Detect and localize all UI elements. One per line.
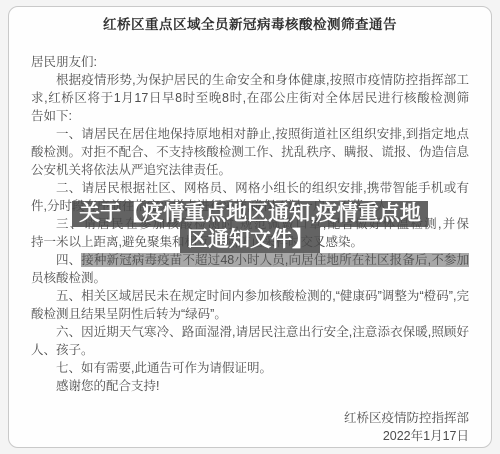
watermark-line-2: 区通知文件】	[9, 227, 491, 253]
notice-line: 七、如有需要,此通告可作为请假证明。	[31, 359, 469, 377]
watermark-line-1: 关于【疫情重点地区通知,疫情重点地	[9, 201, 491, 227]
notice-title: 红桥区重点区域全员新冠病毒核酸检测筛查通告	[31, 15, 469, 35]
notice-line: 求,红桥区将于1月17日早8时至晚8时,在邵公庄街对全体居民进行核酸检测筛查。现…	[31, 89, 469, 107]
signature-date: 2022年1月17日	[31, 427, 469, 445]
notice-line: 二、请居民根据社区、网格员、网格小组长的组织安排,携带智能手机或有效身份证	[31, 179, 469, 197]
notice-line: 员核酸检测。	[31, 269, 469, 287]
notice-line: 居民朋友们:	[31, 53, 469, 71]
notice-line: 五、相关区域居民未在规定时间内参加核酸检测的,“健康码”调整为“橙码”,完成核	[31, 287, 469, 305]
notice-line: 感谢您的配合支持!	[31, 377, 469, 395]
notice-signature: 红桥区疫情防控指挥部 2022年1月17日	[31, 409, 469, 445]
notice-line: 告如下:	[31, 107, 469, 125]
notice-line: 酸检测。对拒不配合、不支持核酸检测工作、扰乱秩序、瞒报、谎报、伪造信息的人员,	[31, 143, 469, 161]
highlighted-text: 接种新冠病毒疫苗不超过48小时人员,向居住地所在社区报备后,不参加本次全	[31, 253, 469, 269]
notice-line: 六、因近期天气寒冷、路面湿滑,请居民注意出行安全,注意添衣保暖,照顾好老	[31, 323, 469, 341]
notice-text: 四、	[56, 253, 81, 267]
watermark-overlay: 关于【疫情重点地区通知,疫情重点地 区通知文件】	[9, 201, 491, 253]
notice-line: 根据疫情形势,为保护居民的生命安全和身体健康,按照市疫情防控指挥部工作要	[31, 71, 469, 89]
notice-line: 人、孩子。	[31, 341, 469, 359]
notice-line: 公安机关将依法从严追究法律责任。	[31, 161, 469, 179]
notice-line: 四、接种新冠病毒疫苗不超过48小时人员,向居住地所在社区报备后,不参加本次全	[31, 251, 469, 269]
notice-card: 红桥区重点区域全员新冠病毒核酸检测筛查通告 居民朋友们:根据疫情形势,为保护居民…	[8, 6, 492, 448]
signature-org: 红桥区疫情防控指挥部	[31, 409, 469, 427]
notice-line: 一、请居民在居住地保持原地相对静止,按照街道社区组织安排,到指定地点进行核	[31, 125, 469, 143]
notice-line: 酸检测且结果呈阴性后转为“绿码”。	[31, 305, 469, 323]
screenshot-page: 红桥区重点区域全员新冠病毒核酸检测筛查通告 居民朋友们:根据疫情形势,为保护居民…	[0, 0, 500, 454]
